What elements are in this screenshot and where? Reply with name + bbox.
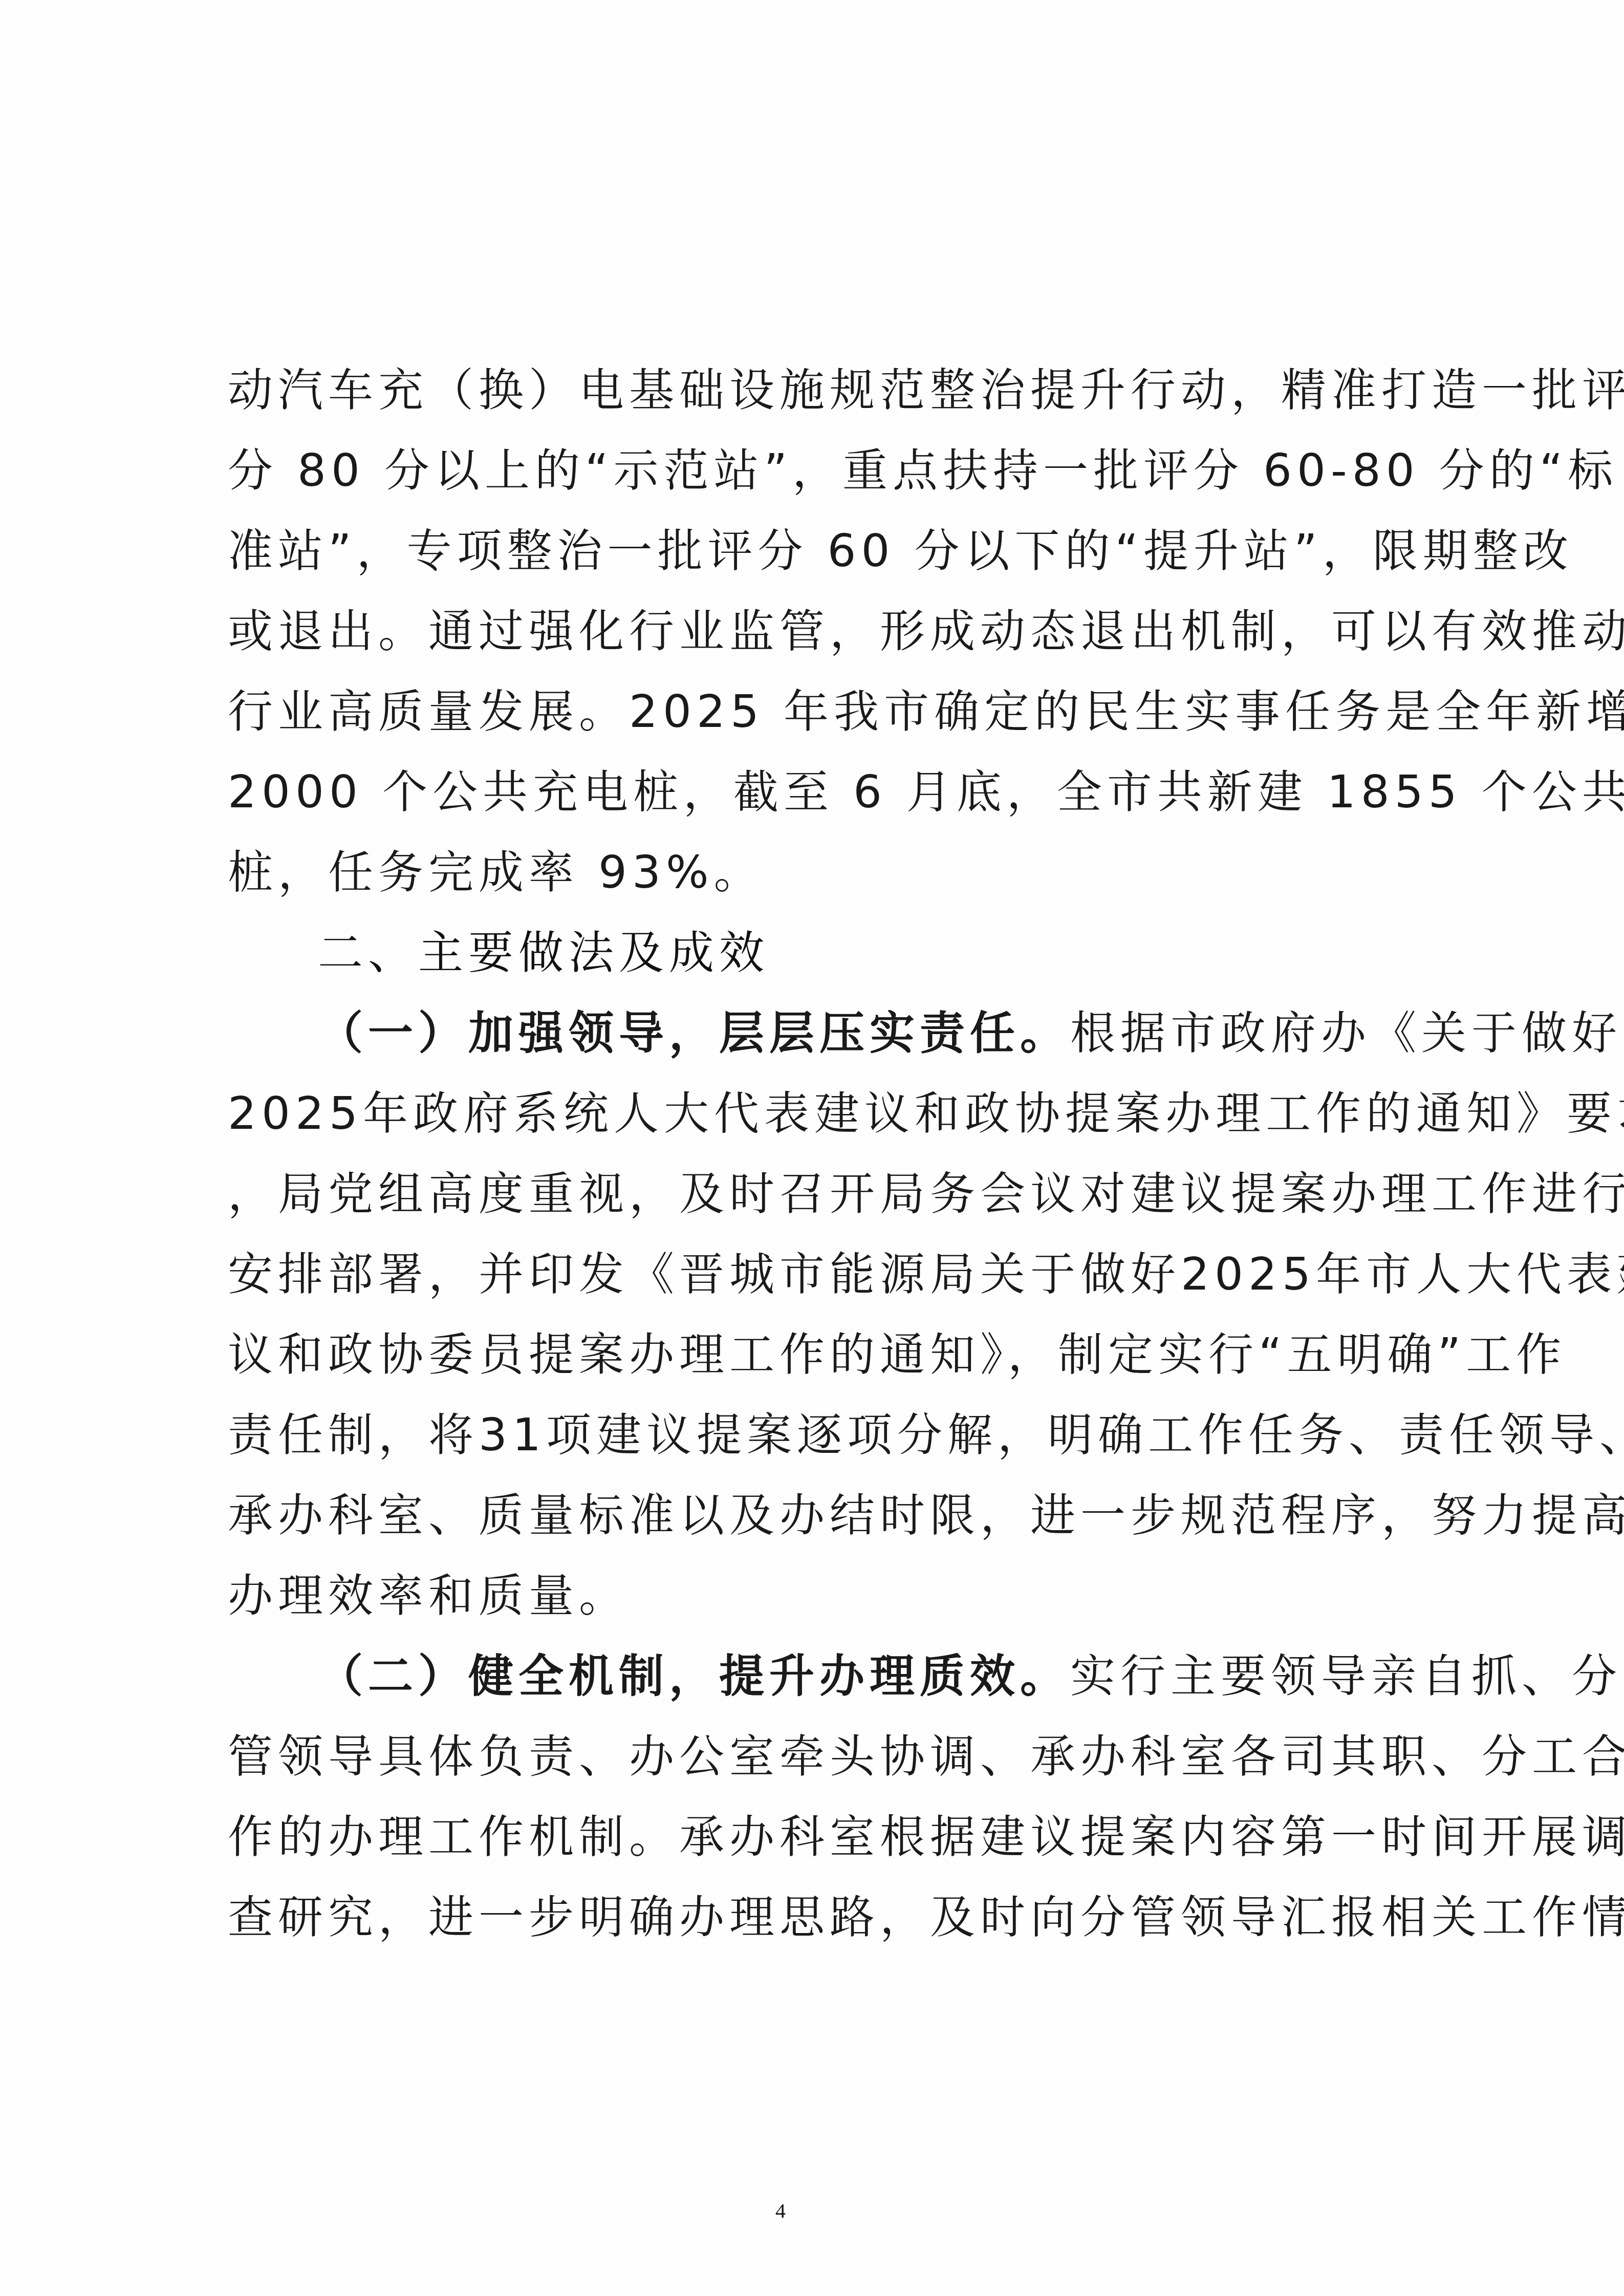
text-line: 责任制，将31项建议提案逐项分解，明确工作任务、责任领导、 <box>228 1403 1410 1484</box>
text-line: 准站”，专项整治一批评分 60 分以下的“提升站”，限期整改 <box>228 519 1410 599</box>
text-line: 动汽车充（换）电基础设施规范整治提升行动，精准打造一批评 <box>228 358 1410 439</box>
text-line: 管领导具体负责、办公室牵头协调、承办科室各司其职、分工合 <box>228 1725 1410 1805</box>
subsection-title: （二）健全机制，提升办理质效。 <box>318 1649 1070 1702</box>
text-line: 分 80 分以上的“示范站”，重点扶持一批评分 60-80 分的“标 <box>228 439 1410 519</box>
text-line: 2025年政府系统人大代表建议和政协提案办理工作的通知》要求 <box>228 1082 1410 1162</box>
text-line: 办理效率和质量。 <box>228 1564 1410 1644</box>
text-run: 实行主要领导亲自抓、分 <box>1070 1649 1622 1702</box>
paragraph-ev-charging: 动汽车充（换）电基础设施规范整治提升行动，精准打造一批评 分 80 分以上的“示… <box>228 358 1410 921</box>
text-line: 桩，任务完成率 93%。 <box>228 841 1410 921</box>
text-line: 或退出。通过强化行业监管，形成动态退出机制，可以有效推动 <box>228 599 1410 680</box>
subsection-leadership: （一）加强领导，层层压实责任。根据市政府办《关于做好 2025年政府系统人大代表… <box>228 1001 1410 1644</box>
text-line: 承办科室、质量标准以及办结时限，进一步规范程序，努力提高 <box>228 1484 1410 1564</box>
subsection-mechanism: （二）健全机制，提升办理质效。实行主要领导亲自抓、分 管领导具体负责、办公室牵头… <box>228 1644 1410 1966</box>
text-line: 作的办理工作机制。承办科室根据建议提案内容第一时间开展调 <box>228 1805 1410 1885</box>
text-line: 议和政协委员提案办理工作的通知》，制定实行“五明确”工作 <box>228 1323 1410 1403</box>
document-page: 动汽车充（换）电基础设施规范整治提升行动，精准打造一批评 分 80 分以上的“示… <box>0 0 1624 2296</box>
text-line: 行业高质量发展。2025 年我市确定的民生实事任务是全年新增 <box>228 680 1410 760</box>
section-heading: 二、主要做法及成效 <box>228 921 1410 1001</box>
text-line: ，局党组高度重视，及时召开局务会议对建议提案办理工作进行 <box>228 1162 1410 1242</box>
text-line: （二）健全机制，提升办理质效。实行主要领导亲自抓、分 <box>228 1644 1410 1725</box>
text-run: 根据市政府办《关于做好 <box>1070 1006 1622 1059</box>
document-body: 动汽车充（换）电基础设施规范整治提升行动，精准打造一批评 分 80 分以上的“示… <box>228 358 1410 1966</box>
text-line: 安排部署，并印发《晋城市能源局关于做好2025年市人大代表建 <box>228 1242 1410 1323</box>
text-line: 2000 个公共充电桩，截至 6 月底，全市共新建 1855 个公共充电 <box>228 760 1410 841</box>
subsection-title: （一）加强领导，层层压实责任。 <box>318 1006 1070 1059</box>
text-line: （一）加强领导，层层压实责任。根据市政府办《关于做好 <box>228 1001 1410 1082</box>
text-line: 查研究，进一步明确办理思路，及时向分管领导汇报相关工作情 <box>228 1885 1410 1966</box>
page-number: 4 <box>775 2199 786 2223</box>
